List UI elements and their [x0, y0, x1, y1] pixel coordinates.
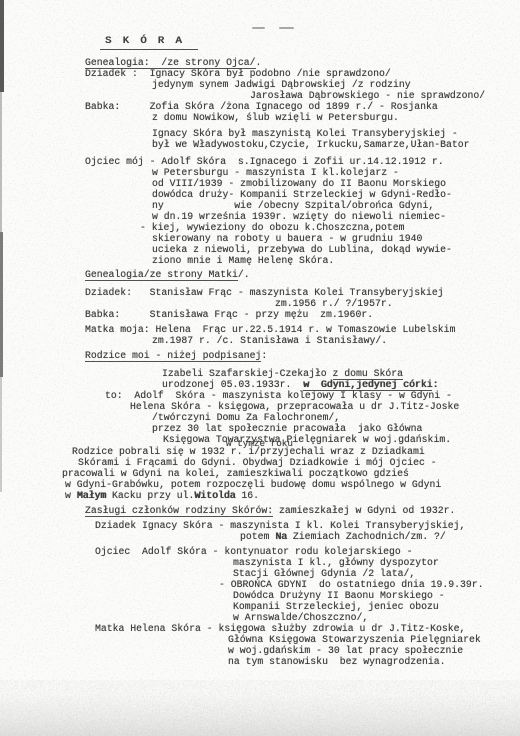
pencil-mark: [252, 27, 265, 29]
text-line: Zasługi członków rodziny Skórów: zamiesz…: [85, 505, 455, 516]
scan-edge-artifact: [0, 377, 2, 492]
text-line: Księgowa Towarzystwa Pielęgniarek w woj.…: [163, 434, 451, 445]
bottom-scan-band: [0, 694, 520, 736]
text-line: zm.1956 r./ ?/1957r.: [275, 298, 393, 309]
text-line: Kompanii Strzeleckiej, jeniec obozu: [233, 601, 439, 612]
text-line: Matka Helena Skóra - księgowa służby zdr…: [95, 623, 465, 634]
text-line: ucieka z niewoli, przebywa do Lublina, d…: [152, 244, 452, 255]
text-line: Dowódca Drużyny II Baonu Morskiego -: [233, 590, 445, 601]
text-line: Helena Skóra - księgowa, przepracowała u…: [130, 401, 459, 412]
text-line: Izabeli Szafarskiej-Czekajło z domu Skór…: [162, 368, 403, 379]
scan-edge-artifact: [0, 0, 4, 92]
text-line: zm.1987 r. /c. Stanisława i Stanisławy/.: [152, 335, 387, 346]
text-line: to: Adolf Skóra - maszynista kolejowy I …: [105, 390, 452, 401]
text-line: Genealogia/ze strony Matki/.: [85, 269, 250, 280]
text-line: w dn.19 września 1939r. wzięty do niewol…: [152, 211, 446, 222]
text-line: urodzonej 05.03.1933r. w Gdyni,jedynej c…: [162, 379, 438, 390]
text-line: przez 30 lat społecznie pracowała jako G…: [152, 423, 422, 434]
pencil-mark: [279, 27, 294, 29]
text-line: Genealogia: /ze strony Ojca/.: [85, 57, 261, 68]
text-line: Główna Księgowa Stowarzyszenia Pielęgnia…: [228, 634, 481, 645]
text-line: potem Na Ziemiach Zachodnich/zm. ?/: [240, 531, 446, 542]
text-line: maszynista I kl., główny dyspozytor: [233, 557, 439, 568]
text-line: Matka moja: Helena Frąc ur.22.5.1914 r. …: [85, 324, 455, 335]
page-title: S K Ó R A: [100, 36, 198, 47]
text-line: Rodzice pobrali się w 1932 r. i/przyjech…: [72, 446, 425, 457]
text-line: Jarosława Dąbrowskiego - nie sprawdzono/: [250, 90, 485, 101]
text-line: - OBROŃCA GDYNI do ostatniego dnia 19.9.…: [219, 579, 484, 590]
text-line: ziono mnie i Mamę Helenę Skóra.: [152, 255, 334, 266]
text-line: Skórami i Frącami do Gdyni. Obydwaj Dzia…: [78, 457, 437, 468]
text-line: Dziadek Ignacy Skóra - maszynista I kl. …: [95, 520, 465, 531]
scan-edge-artifact: [0, 232, 3, 377]
text-line: Ojciec mój - Adolf Skóra s.Ignacego i Zo…: [85, 156, 444, 167]
text-line: Rodzice moi - niżej podpisanej:: [85, 350, 267, 361]
text-line: /twórczyni Domu Za Falochronem/,: [152, 412, 340, 423]
text-line: Dziadek: Stanisław Frąc - maszynista Kol…: [85, 287, 444, 298]
text-line: Stacji Głównej Gdynia /2 lata/,: [233, 568, 415, 579]
text-line: z domu Nowikow, ślub wzięli w Petersburg…: [152, 112, 399, 123]
text-line: na tym stanowisku bez wynagrodzenia.: [228, 656, 446, 667]
text-line: ny wie /obecny Szpital/obrońca Gdyni,: [152, 200, 434, 211]
text-line: Ojciec Adolf Skóra - kontynuator rodu ko…: [95, 546, 412, 557]
text-line: Ignacy Skóra był maszynistą Kolei Transy…: [152, 128, 458, 139]
typewritten-page: S K Ó R AGenealogia: /ze strony Ojca/.Dz…: [0, 0, 520, 736]
text-line: Dziadek : Ignacy Skóra był podobno /nie …: [85, 68, 391, 79]
text-line: w Małym Kacku przy ul.Witolda 16.: [65, 490, 259, 501]
text-line: był we Władywostoku,Czycie, Irkucku,Sama…: [152, 139, 469, 150]
text-line: w Gdyni-Grabówku, potem rozpoczęli budow…: [65, 479, 441, 490]
text-line: jedynym synem Jadwigi Dąbrowskiej /z rod…: [152, 79, 411, 90]
scan-edge-artifact: [0, 92, 2, 232]
text-line: Babka: Stanisława Frąc - przy mężu zm.19…: [85, 309, 373, 320]
text-line: w Petersburgu - maszynista I kl.kolejarz…: [152, 167, 399, 178]
text-line: w Arnswalde/Choszczno/,: [233, 612, 368, 623]
text-line: Babka: Zofia Skóra /żona Ignacego od 189…: [85, 101, 438, 112]
text-line: dowódca druży- Kompanii Strzeleckiej w G…: [152, 189, 452, 200]
text-line: - kiej, wywieziony do obozu k.Choszczna,…: [140, 222, 405, 233]
text-line: w woj.gdańskim - 30 lat pracy społecznie: [228, 645, 463, 656]
text-line: skierowany na roboty u bauera - w grudni…: [152, 233, 422, 244]
text-line: od VIII/1939 - zmobilizowany do II Baonu…: [152, 178, 446, 189]
text-line: pracowali w Gdyni na kolei, zamieszkiwal…: [62, 468, 409, 479]
